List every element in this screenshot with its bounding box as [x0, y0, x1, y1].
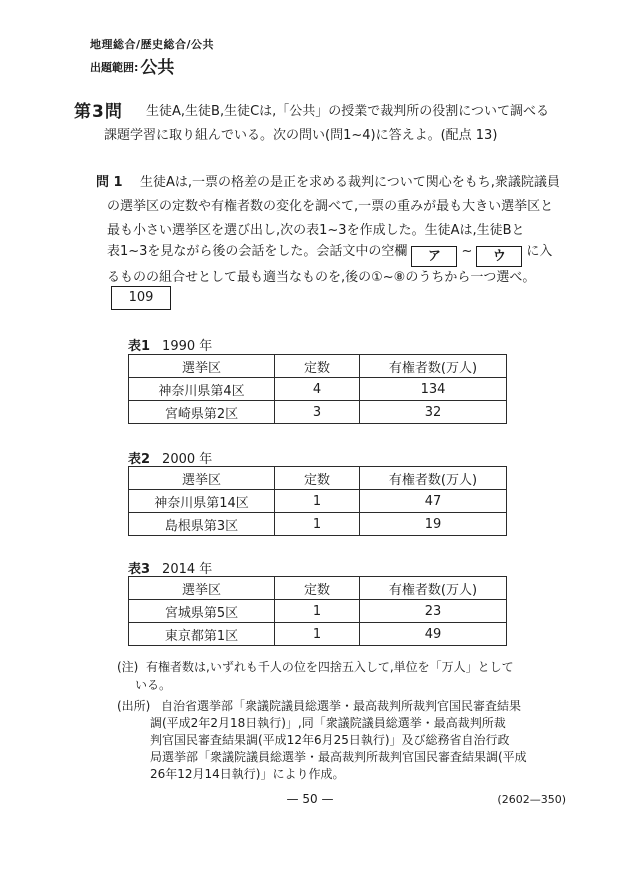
blank-connector: ~ [461, 244, 472, 259]
source-line5: 26年12月14日執行)」により作成。 [150, 765, 345, 782]
table1-r1-seats: 4 [275, 378, 360, 401]
table1-r1-voters: 134 [360, 378, 507, 401]
table3-header-district: 選挙区 [129, 577, 275, 600]
source-line1: 自治省選挙部「衆議院議員総選挙・最高裁判所裁判官国民審査結果 [161, 697, 521, 714]
table3-r1-voters: 23 [360, 600, 507, 623]
problem1-line4-text: 表1~3を見ながら後の会話をした。会話文中の空欄 [107, 244, 407, 259]
table-row: 神奈川県第14区 1 47 [129, 490, 507, 513]
question3-number: 第3問 [74, 97, 123, 122]
note-line2: いる。 [135, 676, 171, 693]
table-row: 宮崎県第2区 3 32 [129, 401, 507, 424]
problem1-label: 問 1 [96, 171, 123, 190]
table1-header-district: 選挙区 [129, 355, 275, 378]
table3-r2-voters: 49 [360, 623, 507, 646]
table3-caption-year: 2014 年 [162, 562, 212, 577]
blank-box-a: ア [411, 246, 457, 267]
table2-r1-seats: 1 [275, 490, 360, 513]
table2-caption-label: 表2 [128, 452, 150, 467]
problem1-line5: るものの組合せとして最も適当なものを,後の①~⑧のうちから一つ選べ。 [107, 266, 535, 285]
table1-header-voters: 有権者数(万人) [360, 355, 507, 378]
source-line4: 局選挙部「衆議院議員総選挙・最高裁判所裁判官国民審査結果調(平成 [150, 748, 527, 765]
table3-r2-district: 東京都第1区 [129, 623, 275, 646]
table3: 選挙区 定数 有権者数(万人) 宮城県第5区 1 23 東京都第1区 1 49 [128, 576, 507, 646]
print-code: (2602—350) [497, 793, 566, 806]
table1-r1-district: 神奈川県第4区 [129, 378, 275, 401]
table1-caption-year: 1990 年 [162, 339, 212, 354]
table2-r2-voters: 19 [360, 513, 507, 536]
table3-header-voters: 有権者数(万人) [360, 577, 507, 600]
blank-box-u: ウ [476, 246, 522, 267]
table1: 選挙区 定数 有権者数(万人) 神奈川県第4区 4 134 宮崎県第2区 3 3… [128, 354, 507, 424]
scope-value: 公共 [140, 58, 174, 78]
table3-caption-label: 表3 [128, 562, 150, 577]
source-label: (出所) [117, 697, 150, 714]
scope-label: 出題範囲: [90, 61, 138, 74]
source-line3: 判官国民審査結果調(平成12年6月25日執行)」及び総務省自治行政 [150, 731, 510, 748]
table3-caption: 表32014 年 [128, 558, 212, 577]
table2-r1-voters: 47 [360, 490, 507, 513]
problem1-line1: 生徒Aは,一票の格差の是正を求める裁判について関心をもち,衆議院議員 [140, 171, 560, 190]
question3-intro-line2: 課題学習に取り組んでいる。次の問い(問1~4)に答えよ。(配点 13) [104, 124, 497, 143]
table1-r2-district: 宮崎県第2区 [129, 401, 275, 424]
exam-scope-line: 出題範囲:公共 [90, 53, 174, 78]
table-row: 島根県第3区 1 19 [129, 513, 507, 536]
table2-r2-district: 島根県第3区 [129, 513, 275, 536]
table2-r2-seats: 1 [275, 513, 360, 536]
table2-header-row: 選挙区 定数 有権者数(万人) [129, 467, 507, 490]
table3-r1-seats: 1 [275, 600, 360, 623]
problem1-line2: の選挙区の定数や有権者数の変化を調べて,一票の重みが最も大きい選挙区と [107, 195, 553, 214]
problem1-line4-tail: に入 [526, 244, 552, 259]
problem1-line3: 最も小さい選挙区を選び出し,次の表1~3を作成した。生徒Aは,生徒Bと [107, 219, 525, 238]
note-line1: 有権者数は,いずれも千人の位を四捨五入して,単位を「万人」として [146, 658, 514, 675]
table2: 選挙区 定数 有権者数(万人) 神奈川県第14区 1 47 島根県第3区 1 1… [128, 466, 507, 536]
source-line2: 調(平成2年2月18日執行)」,同「衆議院議員総選挙・最高裁判所裁 [150, 714, 506, 731]
note-label: (注) [117, 658, 138, 675]
table3-header-seats: 定数 [275, 577, 360, 600]
table2-caption: 表22000 年 [128, 448, 212, 467]
table1-header-seats: 定数 [275, 355, 360, 378]
table2-header-district: 選挙区 [129, 467, 275, 490]
table-row: 東京都第1区 1 49 [129, 623, 507, 646]
table1-caption-label: 表1 [128, 339, 150, 354]
question3-intro-line1: 生徒A,生徒B,生徒Cは,「公共」の授業で裁判所の役割について調べる [146, 100, 549, 119]
table-row: 宮城県第5区 1 23 [129, 600, 507, 623]
table3-r2-seats: 1 [275, 623, 360, 646]
table2-caption-year: 2000 年 [162, 452, 212, 467]
table2-header-seats: 定数 [275, 467, 360, 490]
table1-caption: 表11990 年 [128, 335, 212, 354]
answer-number-box: 109 [111, 286, 171, 310]
table1-r2-seats: 3 [275, 401, 360, 424]
table3-r1-district: 宮城県第5区 [129, 600, 275, 623]
subject-header: 地理総合/歴史総合/公共 [90, 36, 214, 52]
problem1-line4: 表1~3を見ながら後の会話をした。会話文中の空欄ア~ウに入 [107, 240, 552, 267]
table2-header-voters: 有権者数(万人) [360, 467, 507, 490]
table1-r2-voters: 32 [360, 401, 507, 424]
table1-header-row: 選挙区 定数 有権者数(万人) [129, 355, 507, 378]
table2-r1-district: 神奈川県第14区 [129, 490, 275, 513]
table-row: 神奈川県第4区 4 134 [129, 378, 507, 401]
exam-page: 地理総合/歴史総合/公共 出題範囲:公共 第3問 生徒A,生徒B,生徒Cは,「公… [0, 0, 620, 876]
table3-header-row: 選挙区 定数 有権者数(万人) [129, 577, 507, 600]
